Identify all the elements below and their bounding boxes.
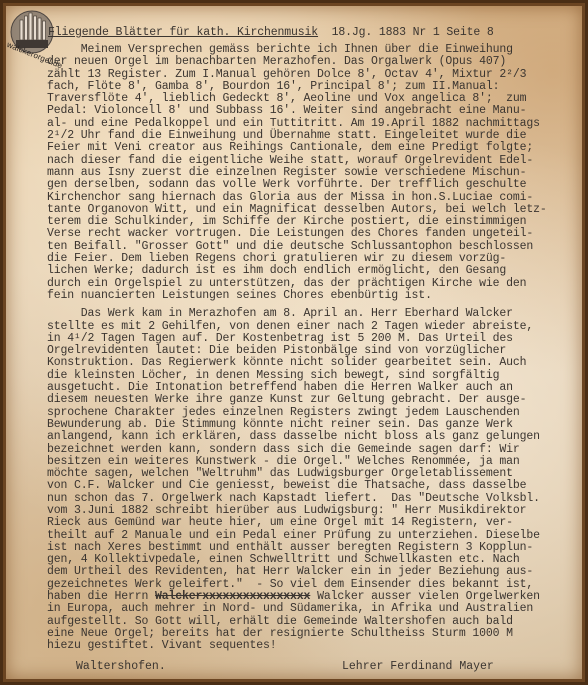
text-line: von C.F. Walcker und Cie geniesst, bewei…: [47, 480, 547, 492]
text-line: in Europa, auch mehrer in Nord- und Süda…: [47, 603, 547, 615]
text-line: stellte es mit 2 Gehilfen, von denen ein…: [47, 321, 547, 333]
text-line: diesem neuesten Werke ihre ganze Kunst z…: [47, 394, 547, 406]
signoff-place: Waltershofen.: [76, 660, 166, 673]
text-line: Rieck aus Gemünd war heute hier, um eine…: [47, 517, 547, 529]
text-line: Das Werk kam in Merazhofen am 8. April a…: [47, 308, 547, 320]
issue-info: 18.Jg. 1883 Nr 1 Seite 8: [332, 26, 494, 39]
text-line: Feier mit Veni creator aus Reihings Cant…: [47, 142, 547, 154]
line-suffix: Walcker ausser vielen Orgelwerken: [310, 590, 540, 603]
text-line: anlangend, kann ich erklären, dass dasse…: [47, 431, 547, 443]
text-line: Kirchenchor sang hiernach das Gloria aus…: [47, 192, 547, 204]
text-line: bezeichnet werden kann, sondern dass sic…: [47, 444, 547, 456]
text-line: gen derselben, sodann das volle Werk vor…: [47, 179, 547, 191]
text-line: Verse recht wacker vortrugen. Die Leistu…: [47, 228, 547, 240]
publication-title: Fliegende Blätter für kath. Kirchenmusik: [48, 26, 318, 39]
text-line: dem Urtheil des Revidenten, hat Herr Wal…: [47, 566, 547, 578]
document-header: Fliegende Blätter für kath. Kirchenmusik…: [48, 26, 494, 39]
text-line: fein nuancierten Leistungen seines Chore…: [47, 290, 547, 302]
text-line: der neuen Orgel im benachbarten Merazhof…: [47, 56, 547, 68]
signoff-author: Lehrer Ferdinand Mayer: [342, 660, 494, 673]
line-prefix: haben die Herrn: [47, 590, 155, 603]
text-line: hiezu gestiftet. Vivant sequentes!: [47, 640, 547, 652]
text-line: Konstruktion. Das Regierwerk könnte nich…: [47, 357, 547, 369]
text-line: lichen Werke; dadurch ist es ihm doch en…: [47, 265, 547, 277]
letter-body: Meinem Versprechen gemäss berichte ich I…: [47, 44, 547, 653]
text-line: Pedal: Violoncell 8' und Subbass 16'. We…: [47, 105, 547, 117]
struck-out-text: Walckerxxxxxxxxxxxxxxxx: [155, 590, 310, 603]
